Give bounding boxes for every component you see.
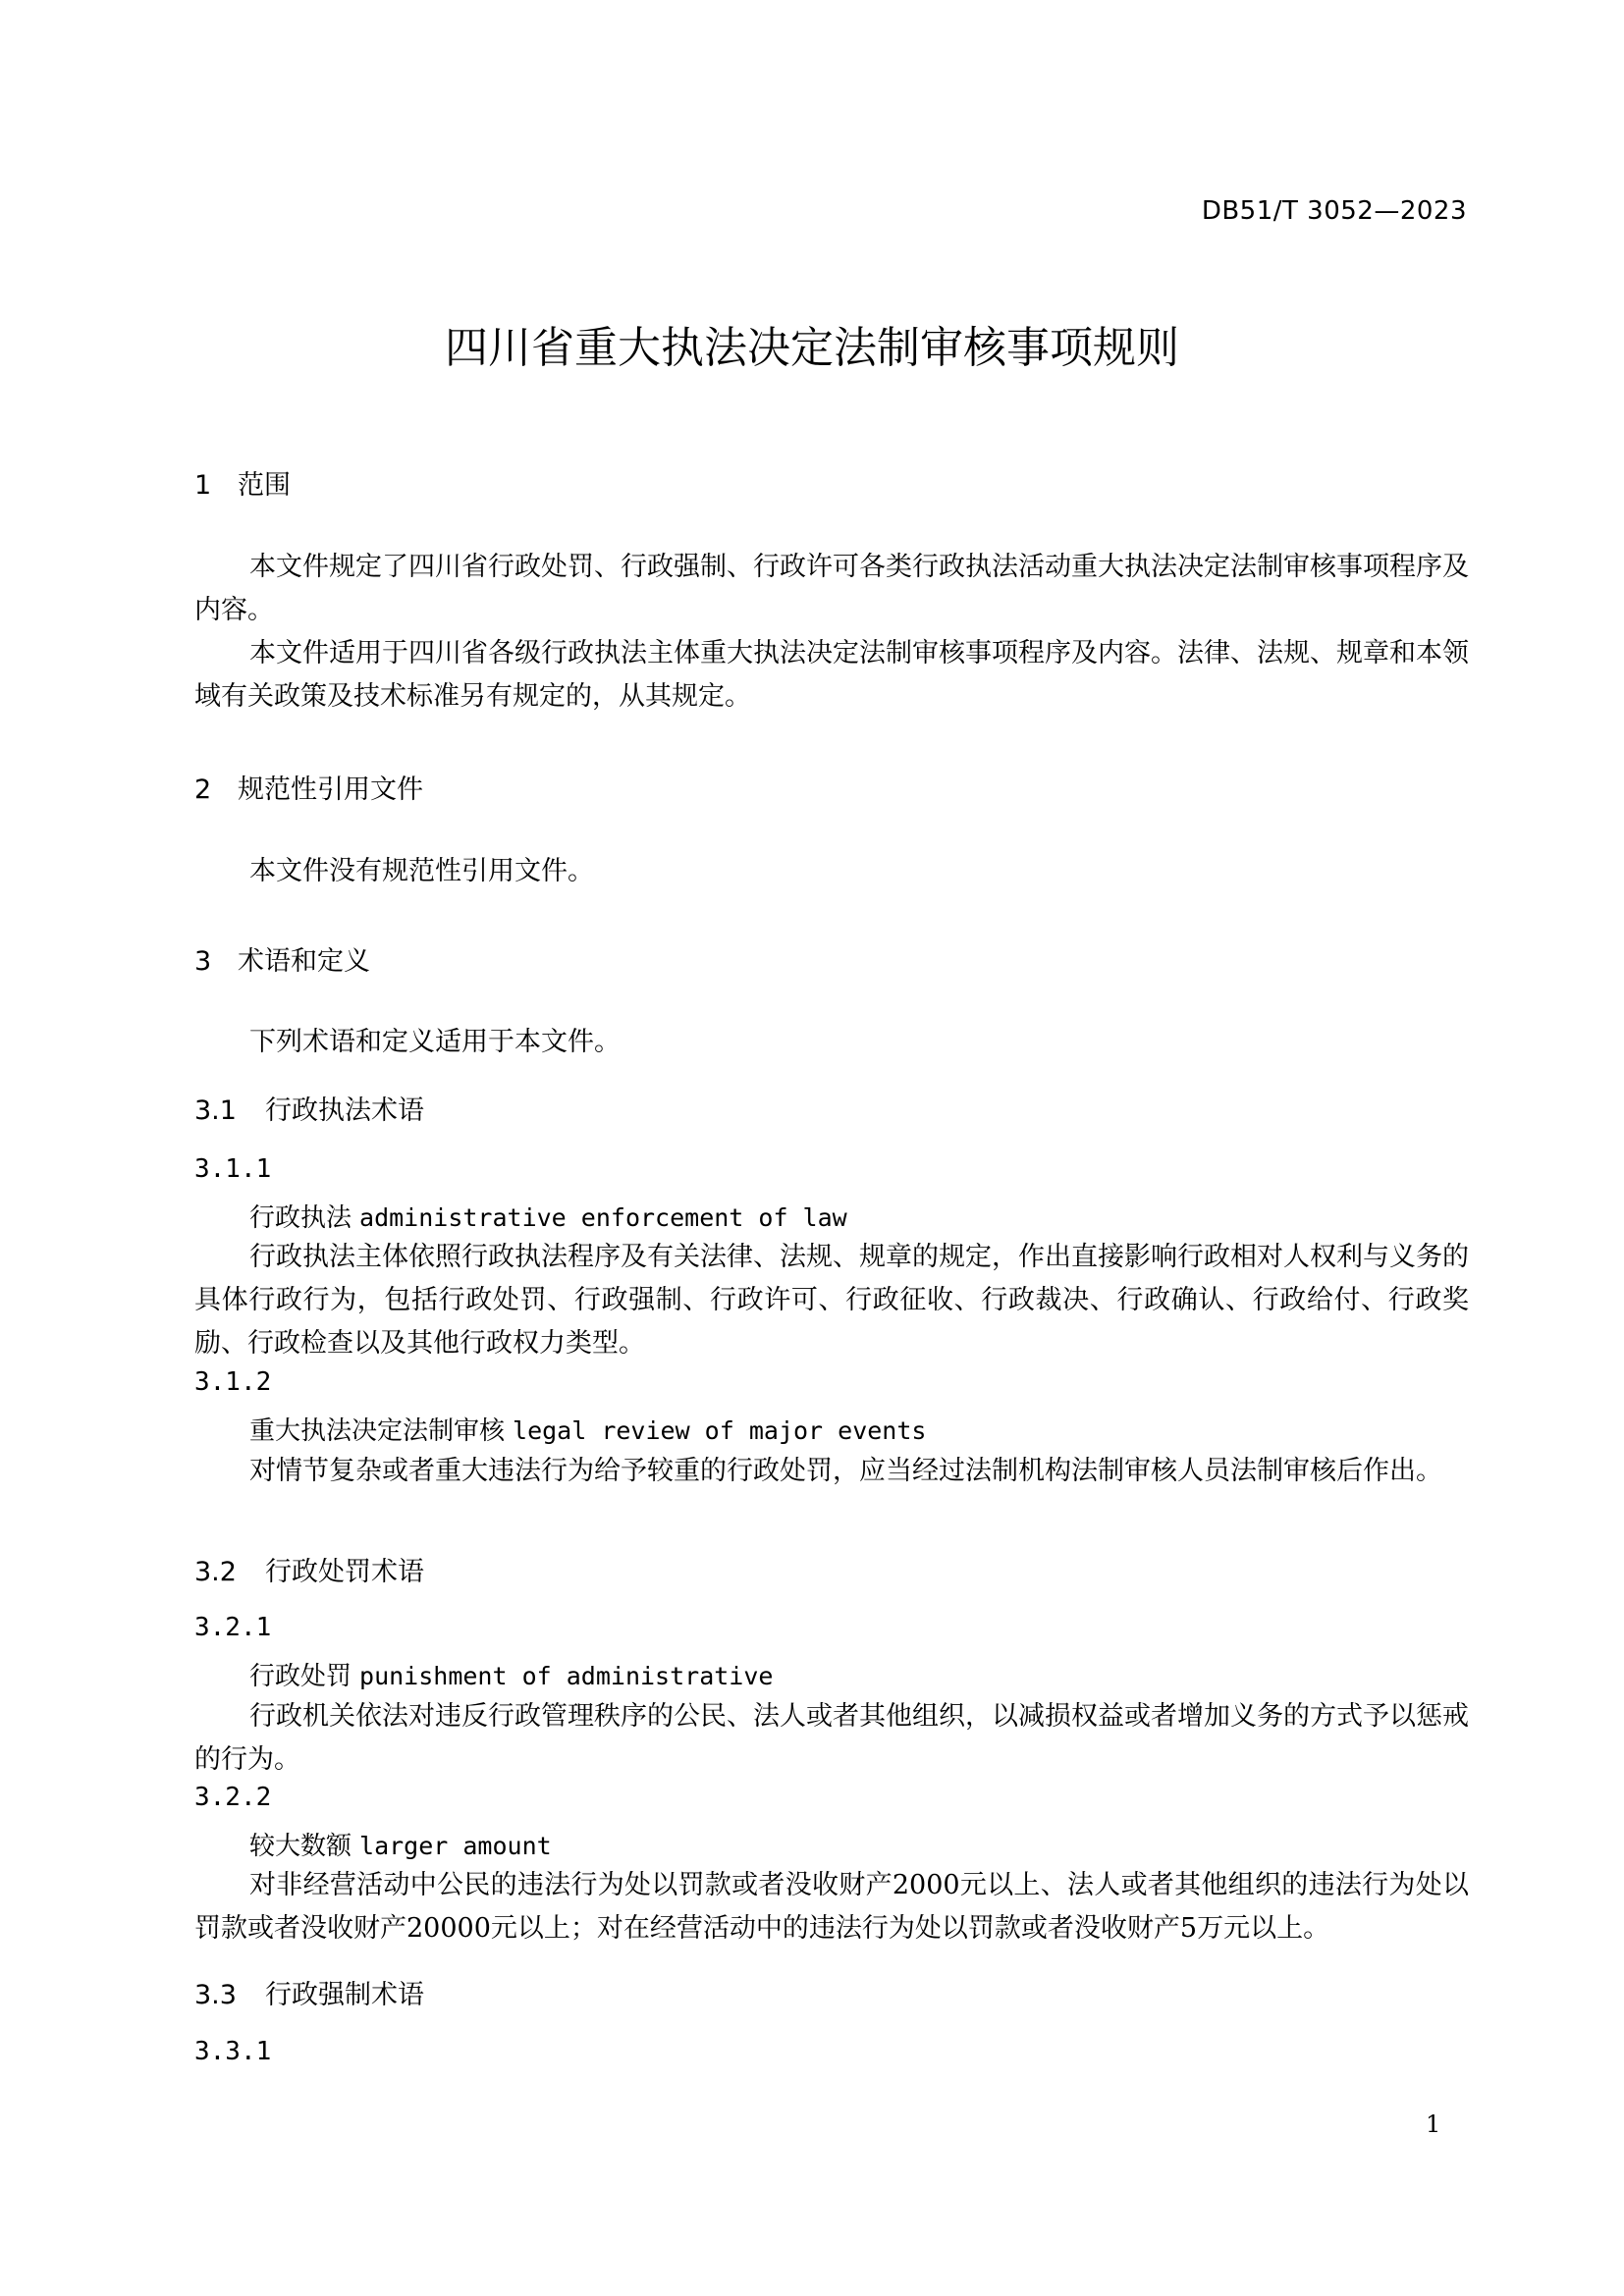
subsection-number: 3.3 xyxy=(194,1980,265,2010)
subsection-title: 行政强制术语 xyxy=(265,1980,424,2010)
term-en: larger amount xyxy=(359,1832,552,1860)
section-number: 1 xyxy=(194,470,238,501)
term-zh: 重大执法决定法制审核 xyxy=(249,1416,505,1446)
subsection-title: 行政处罚术语 xyxy=(265,1557,424,1587)
term-zh: 较大数额 xyxy=(249,1832,352,1861)
section-number: 3 xyxy=(194,946,238,977)
term-3-3-1-number: 3.3.1 xyxy=(194,2037,271,2066)
section-1-heading: 1范围 xyxy=(194,463,291,502)
section-title: 规范性引用文件 xyxy=(238,774,423,805)
term-3-2-2: 较大数额larger amount xyxy=(249,1826,552,1862)
term-3-1-1-definition: 行政执法主体依照行政执法程序及有关法律、法规、规章的规定，作出直接影响行政相对人… xyxy=(194,1236,1469,1365)
subsection-3-2-heading: 3.2行政处罚术语 xyxy=(194,1550,424,1588)
term-en: administrative enforcement of law xyxy=(359,1203,847,1232)
term-en: legal review of major events xyxy=(513,1416,926,1445)
subsection-3-1-heading: 3.1行政执法术语 xyxy=(194,1089,424,1127)
standard-code: DB51/T 3052—2023 xyxy=(1202,196,1467,226)
term-zh: 行政处罚 xyxy=(249,1662,352,1691)
document-title: 四川省重大执法决定法制审核事项规则 xyxy=(0,312,1624,375)
section-title: 范围 xyxy=(238,470,291,501)
term-3-2-1: 行政处罚punishment of administrative xyxy=(249,1656,773,1692)
term-3-1-2-number: 3.1.2 xyxy=(194,1367,271,1397)
subsection-title: 行政执法术语 xyxy=(265,1095,424,1126)
term-zh: 行政执法 xyxy=(249,1203,352,1233)
page-number: 1 xyxy=(1426,2110,1440,2138)
term-3-1-2-definition: 对情节复杂或者重大违法行为给予较重的行政处罚，应当经过法制机构法制审核人员法制审… xyxy=(194,1450,1469,1493)
term-3-2-1-number: 3.2.1 xyxy=(194,1613,271,1642)
section-1-paragraph-1: 本文件规定了四川省行政处罚、行政强制、行政许可各类行政执法活动重大执法决定法制审… xyxy=(194,546,1469,632)
subsection-number: 3.2 xyxy=(194,1557,265,1587)
subsection-3-3-heading: 3.3行政强制术语 xyxy=(194,1973,424,2011)
section-3-intro: 下列术语和定义适用于本文件。 xyxy=(194,1021,1469,1064)
section-title: 术语和定义 xyxy=(238,946,370,977)
section-3-heading: 3术语和定义 xyxy=(194,939,370,978)
term-3-1-2: 重大执法决定法制审核legal review of major events xyxy=(249,1411,926,1447)
term-3-2-2-number: 3.2.2 xyxy=(194,1783,271,1812)
section-number: 2 xyxy=(194,774,238,805)
section-1-paragraph-2: 本文件适用于四川省各级行政执法主体重大执法决定法制审核事项程序及内容。法律、法规… xyxy=(194,632,1469,719)
section-2-paragraph-1: 本文件没有规范性引用文件。 xyxy=(194,850,1469,893)
term-3-1-1: 行政执法administrative enforcement of law xyxy=(249,1198,847,1234)
term-3-2-1-definition: 行政机关依法对违反行政管理秩序的公民、法人或者其他组织，以减损权益或者增加义务的… xyxy=(194,1695,1469,1782)
section-2-heading: 2规范性引用文件 xyxy=(194,768,423,806)
subsection-number: 3.1 xyxy=(194,1095,265,1126)
term-en: punishment of administrative xyxy=(359,1662,773,1690)
term-3-2-2-definition: 对非经营活动中公民的违法行为处以罚款或者没收财产2000元以上、法人或者其他组织… xyxy=(194,1864,1469,1950)
term-3-1-1-number: 3.1.1 xyxy=(194,1154,271,1184)
